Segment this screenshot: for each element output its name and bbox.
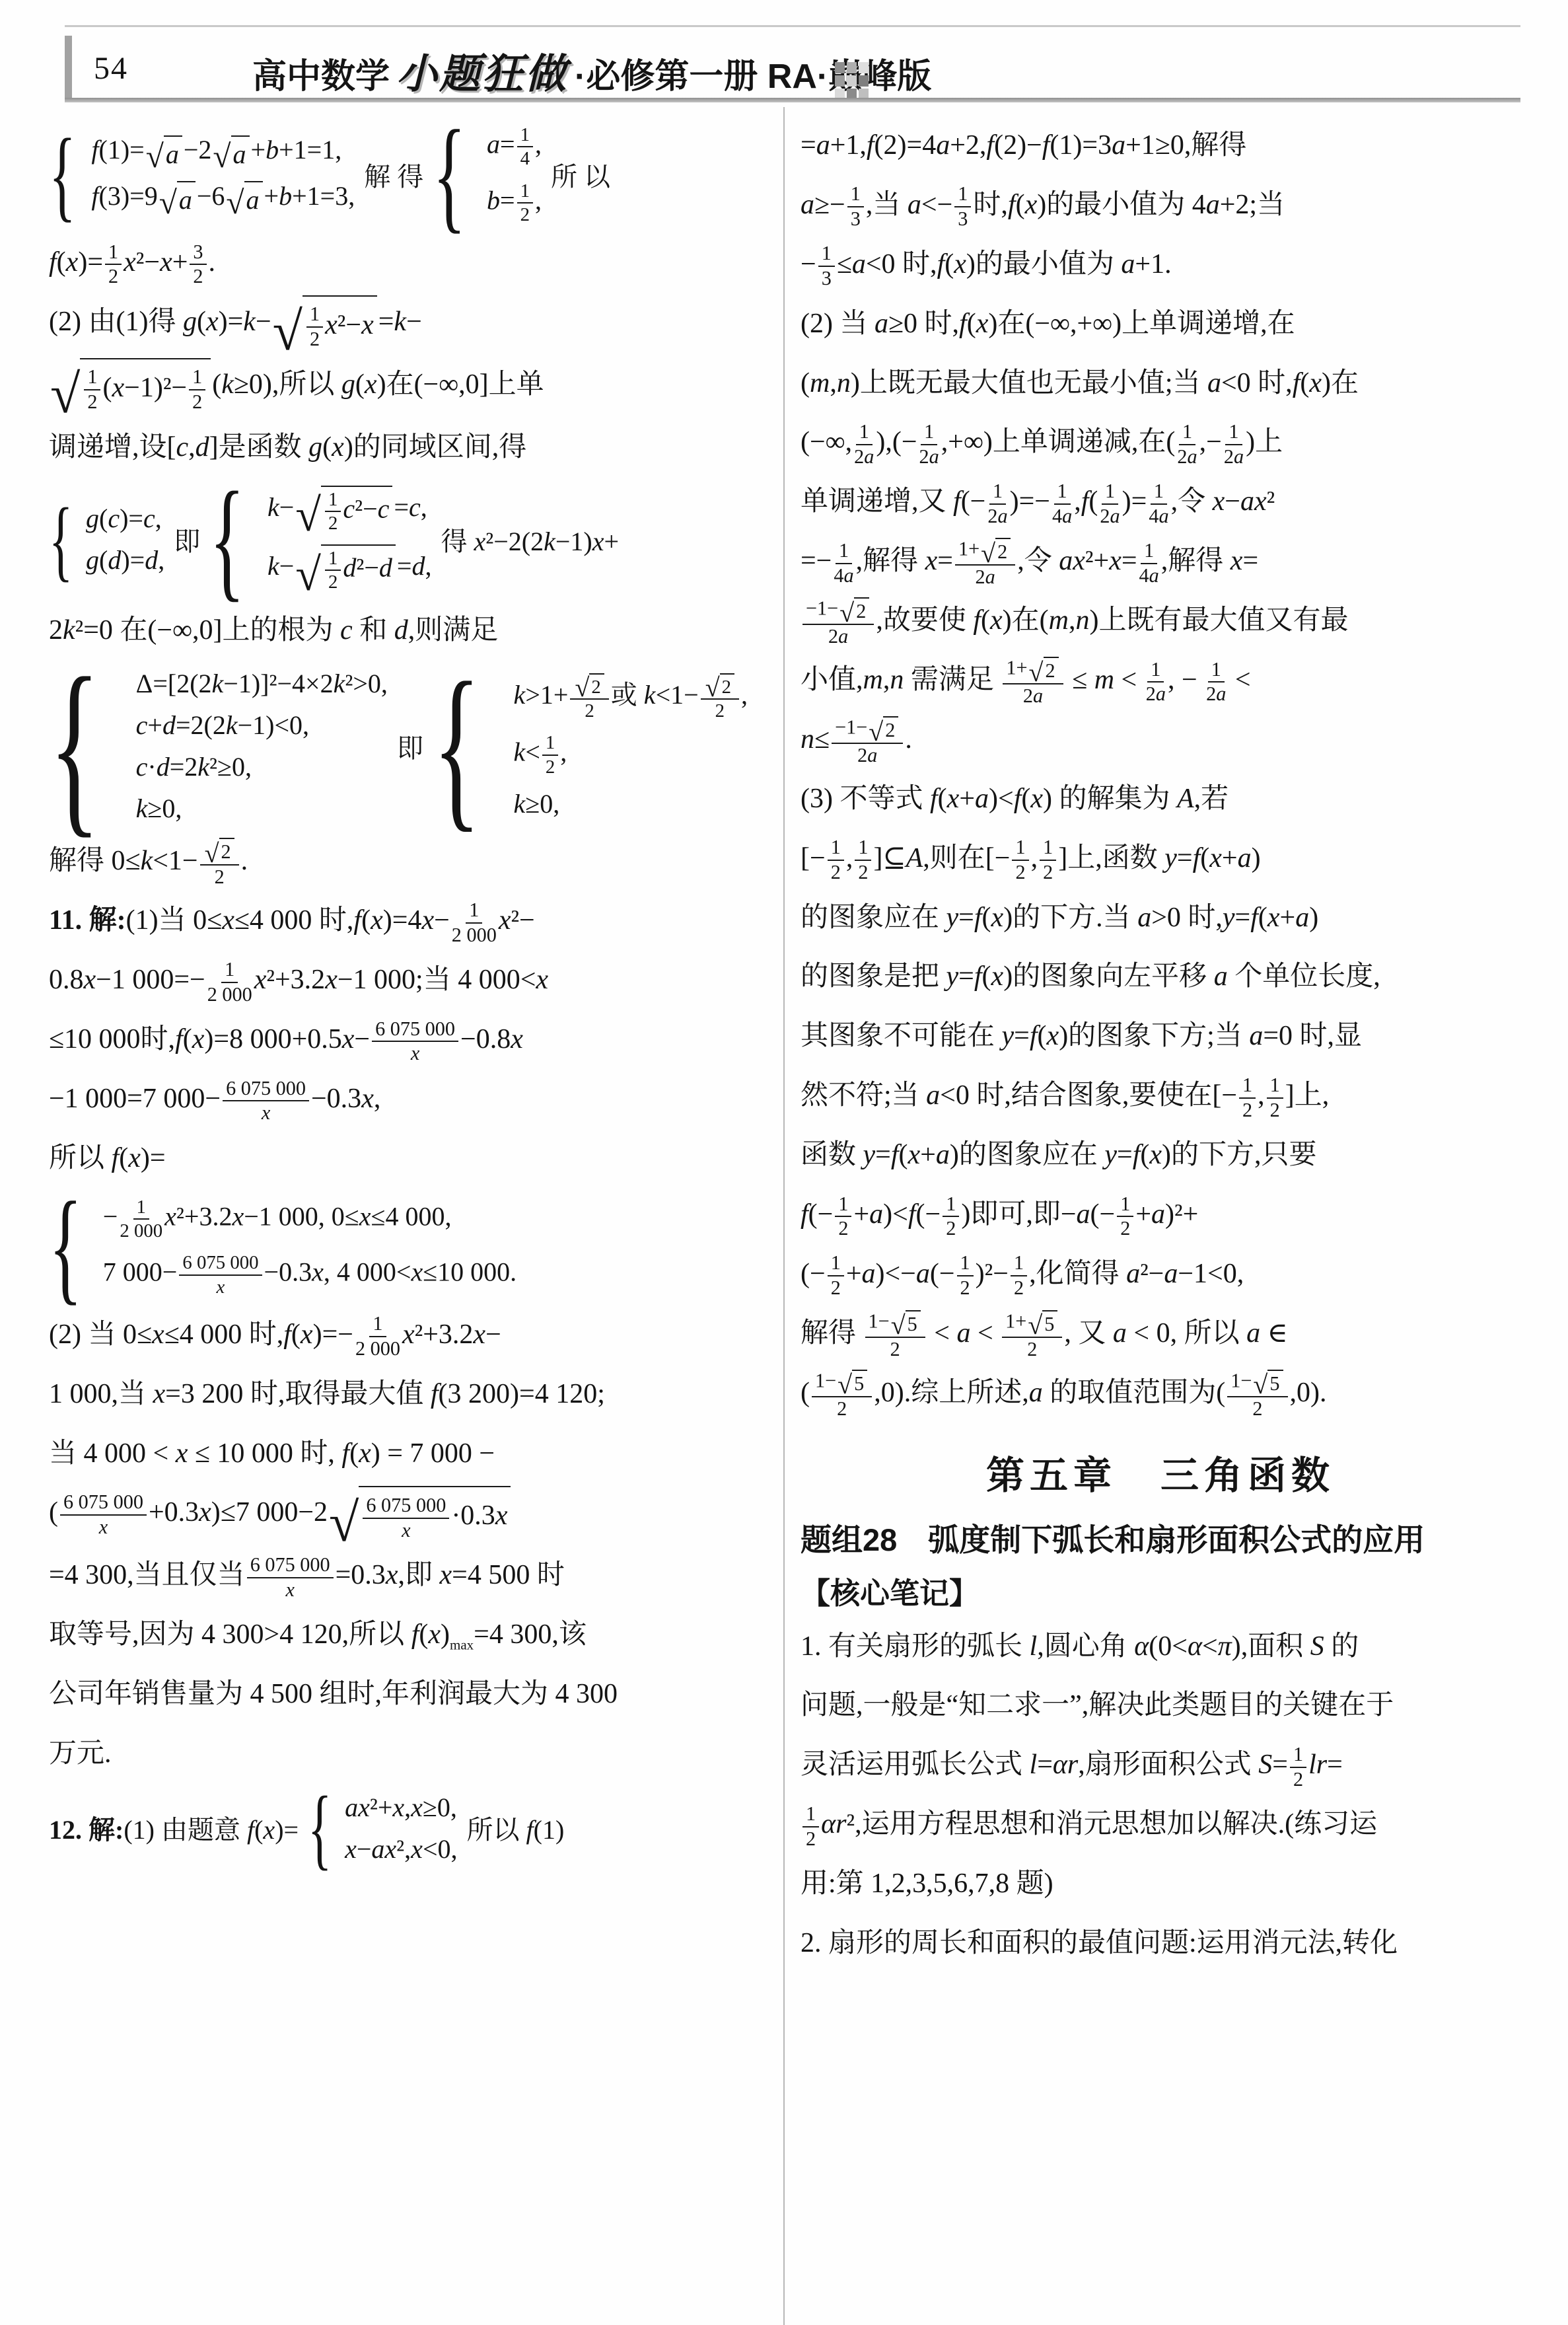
system-row: ax²+x,x≥0,	[345, 1792, 457, 1823]
text-line: 1 000,当 x=3 200 时,取得最大值 f(3 200)=4 120;	[49, 1368, 770, 1422]
system-tail: 所 以	[551, 156, 610, 194]
system-row: f(1)=√a−2√a+b+1=1,	[91, 134, 355, 170]
system-connector: 即	[397, 727, 423, 765]
book-title: 高中数学 小题狂做 ·必修第一册 RA·巅峰版	[252, 41, 931, 100]
text-line: −1−√22a,故要使 f(x)在(m,n)上既有最大值又有最	[801, 594, 1520, 648]
system-tail: 所以 f(1)	[467, 1809, 565, 1847]
deco-square	[835, 75, 845, 87]
text-line: =a+1,f(2)=4a+2,f(2)−f(1)=3a+1≥0,解得	[801, 119, 1520, 173]
workbook-page: 54 高中数学 小题狂做 ·必修第一册 RA·巅峰版 {f(1)=√a−2√a+…	[0, 0, 1568, 2325]
system-row: k≥0,	[514, 788, 748, 819]
page-number: 54	[94, 50, 128, 87]
text-line: 单调递增,又 f(−12a)=−14a,f(12a)=14a,令 x−ax²	[801, 475, 1520, 529]
text-line: 其图象不可能在 y=f(x)的图象下方;当 a=0 时,显	[801, 1010, 1520, 1064]
header-left-bar	[65, 36, 72, 98]
brace-icon: {	[209, 491, 245, 588]
series-logo: 小题狂做	[396, 41, 568, 100]
text-line: (1−√52,0).综上所述,a 的取值范围为(1−√52,0).	[801, 1366, 1520, 1421]
deco-square	[835, 62, 845, 73]
system-row: g(c)=c,	[86, 503, 164, 534]
text-line: 问题,一般是“知二求一”,解决此类题目的关键在于	[801, 1679, 1520, 1733]
system-row: Δ=[2(2k−1)]²−4×2k²>0,	[136, 668, 388, 699]
section-heading: 题组28 弧度制下弧长和扇形面积公式的应用	[801, 1516, 1520, 1560]
equation-system: {g(c)=c,g(d)=d,即{k−√12c²−c=c,k−√12d²−d=d…	[49, 486, 770, 593]
text-line: 2k²=0 在(−∞,0]上的根为 c 和 d,则满足	[49, 604, 770, 658]
text-line: (−12+a)<−a(−12)²−12,化简得 a²−a−1<0,	[801, 1247, 1520, 1302]
notes-heading: 【核心笔记】	[801, 1569, 1520, 1612]
text-line: (−∞,12a),(−12a,+∞)上单调递减,在(12a,−12a)上	[801, 416, 1520, 470]
system-row: k≥0,	[136, 793, 388, 824]
system-row: k−√12c²−c=c,	[267, 486, 431, 535]
system-row: 7 000−6 075 000x−0.3x, 4 000<x≤10 000.	[103, 1252, 517, 1298]
system-connector: 即	[174, 521, 200, 558]
text-line: (6 075 000x+0.3x)≤7 000−2√6 075 000x·0.3…	[49, 1486, 770, 1543]
equation-system: {f(1)=√a−2√a+b+1=1,f(3)=9√a−6√a+b+1=3,解 …	[49, 124, 770, 225]
text-line: ≤10 000时,f(x)=8 000+0.5x−6 075 000x−0.8x	[49, 1013, 770, 1067]
text-line: (m,n)上既无最大值也无最小值;当 a<0 时,f(x)在	[801, 357, 1520, 411]
text-line: n≤−1−√22a.	[801, 713, 1520, 767]
text-line: (2) 当 a≥0 时,f(x)在(−∞,+∞)上单调递增,在	[801, 297, 1520, 351]
system-row: g(d)=d,	[86, 544, 164, 575]
system-row: c+d=2(2k−1)<0,	[136, 710, 388, 741]
text-line: 所以 f(x)=	[49, 1132, 770, 1186]
text-line: 0.8x−1 000=−12 000x²+3.2x−1 000;当 4 000<…	[49, 953, 770, 1008]
text-line: 的图象是把 y=f(x)的图象向左平移 a 个单位长度,	[801, 950, 1520, 1004]
brace-icon: {	[308, 1795, 332, 1861]
text-line: −1 000=7 000−6 075 000x−0.3x,	[49, 1072, 770, 1126]
system-row: x−ax²,x<0,	[345, 1833, 457, 1864]
text-line: f(−12+a)<f(−12)即可,即−a(−12+a)²+	[801, 1188, 1520, 1242]
text-line: 然不符;当 a<0 时,结合图象,要使在[−12,12]上,	[801, 1069, 1520, 1123]
system-lead: 12. 解:(1) 由题意 f(x)=	[49, 1809, 299, 1847]
text-line: 取等号,因为 4 300>4 120,所以 f(x)max=4 300,该	[49, 1608, 770, 1662]
title-suffix: ·必修第一册 RA·巅峰版	[575, 48, 931, 98]
system-row: f(3)=9√a−6√a+b+1=3,	[91, 180, 355, 216]
system-row: b=12,	[487, 180, 542, 226]
chapter-heading: 第五章 三角函数	[801, 1444, 1520, 1500]
text-line: 万元.	[49, 1727, 770, 1781]
text-line: [−12,12]⊆A,则在[−12,12]上,函数 y=f(x+a)	[801, 832, 1520, 886]
brace-icon: {	[49, 1201, 82, 1292]
system-row: a=14,	[487, 124, 542, 170]
text-line: (3) 不等式 f(x+a)<f(x) 的解集为 A,若	[801, 772, 1520, 827]
text-line: 解得 1−√52 < a < 1+√52, 又 a < 0, 所以 a ∈	[801, 1307, 1520, 1361]
text-line: 12αr²,运用方程思想和消元思想加以解决.(练习运	[801, 1798, 1520, 1852]
text-line: 当 4 000 < x ≤ 10 000 时, f(x) = 7 000 −	[49, 1427, 770, 1481]
text-line: 函数 y=f(x+a)的图象应在 y=f(x)的下方,只要	[801, 1128, 1520, 1183]
text-line: 公司年销售量为 4 500 组时,年利润最大为 4 300	[49, 1668, 770, 1722]
text-line: a≥−13,当 a<−13时,f(x)的最小值为 4a+2;当	[801, 178, 1520, 233]
text-line: 用:第 1,2,3,5,6,7,8 题)	[801, 1857, 1520, 1911]
text-line: 小值,m,n 需满足 1+√22a ≤ m < 12a, − 12a <	[801, 653, 1520, 708]
deco-square	[859, 62, 869, 73]
brace-icon: {	[433, 681, 481, 812]
title-prefix: 高中数学	[252, 48, 390, 98]
text-line: 1. 有关扇形的弧长 l,圆心角 α(0<α<π),面积 S 的	[801, 1620, 1520, 1674]
brace-icon: {	[49, 138, 76, 212]
text-line: −13≤a<0 时,f(x)的最小值为 a+1.	[801, 238, 1520, 292]
text-line: =4 300,当且仅当6 075 000x=0.3x,即 x=4 500 时	[49, 1549, 770, 1603]
system-row: k−√12d²−d=d,	[267, 544, 431, 593]
system-tail: 得 x²−2(2k−1)x+	[441, 521, 619, 558]
system-row: k>1+√22或 k<1−√22,	[514, 673, 748, 722]
system-row: k<12,	[514, 732, 748, 778]
text-line: =−14a,解得 x=1+√22a,令 ax²+x=14a,解得 x=	[801, 535, 1520, 589]
text-line: 的图象应在 y=f(x)的下方.当 a>0 时,y=f(x+a)	[801, 891, 1520, 945]
system-row: −12 000x²+3.2x−1 000, 0≤x≤4 000,	[103, 1197, 517, 1242]
header-top-rule	[65, 25, 1520, 27]
text-line: f(x)=12x²−x+32.	[49, 236, 770, 290]
decorative-squares-icon	[835, 62, 869, 100]
text-line: 11. 解:(1)当 0≤x≤4 000 时,f(x)=4x−12 000x²−	[49, 894, 770, 948]
deco-square	[847, 62, 857, 73]
text-line: 2. 扇形的周长和面积的最值问题:运用消元法,转化	[801, 1917, 1520, 1971]
deco-square	[859, 75, 869, 87]
left-column: {f(1)=√a−2√a+b+1=1,f(3)=9√a−6√a+b+1=3,解 …	[49, 114, 770, 1875]
column-divider	[783, 107, 785, 2325]
system-row: c·d=2k²≥0,	[136, 751, 388, 782]
text-line: 解得 0≤k<1−√22.	[49, 834, 770, 889]
right-column: =a+1,f(2)=4a+2,f(2)−f(1)=3a+1≥0,解得a≥−13,…	[801, 114, 1520, 1976]
equation-system: {Δ=[2(2k−1)]²−4×2k²>0,c+d=2(2k−1)<0,c·d=…	[49, 668, 770, 824]
brace-icon: {	[49, 507, 73, 572]
equation-system: 12. 解:(1) 由题意 f(x)={ax²+x,x≥0,x−ax²,x<0,…	[49, 1792, 770, 1864]
text-line: 灵活运用弧长公式 l=αr,扇形面积公式 S=12lr=	[801, 1738, 1520, 1792]
header-bottom-rule	[65, 98, 1520, 102]
equation-system: {−12 000x²+3.2x−1 000, 0≤x≤4 000,7 000−6…	[49, 1197, 770, 1298]
brace-icon: {	[433, 129, 466, 221]
text-line: √12(x−1)²−12(k≥0),所以 g(x)在(−∞,0]上单	[49, 358, 770, 416]
text-line: (2) 当 0≤x≤4 000 时,f(x)=−12 000x²+3.2x−	[49, 1308, 770, 1362]
text-line: (2) 由(1)得 g(x)=k−√12x²−x=k−	[49, 295, 770, 353]
text-line: 调递增,设[c,d]是函数 g(x)的同域区间,得	[49, 421, 770, 475]
brace-icon: {	[49, 676, 100, 816]
deco-square	[847, 75, 857, 87]
system-connector: 解 得	[364, 156, 423, 194]
